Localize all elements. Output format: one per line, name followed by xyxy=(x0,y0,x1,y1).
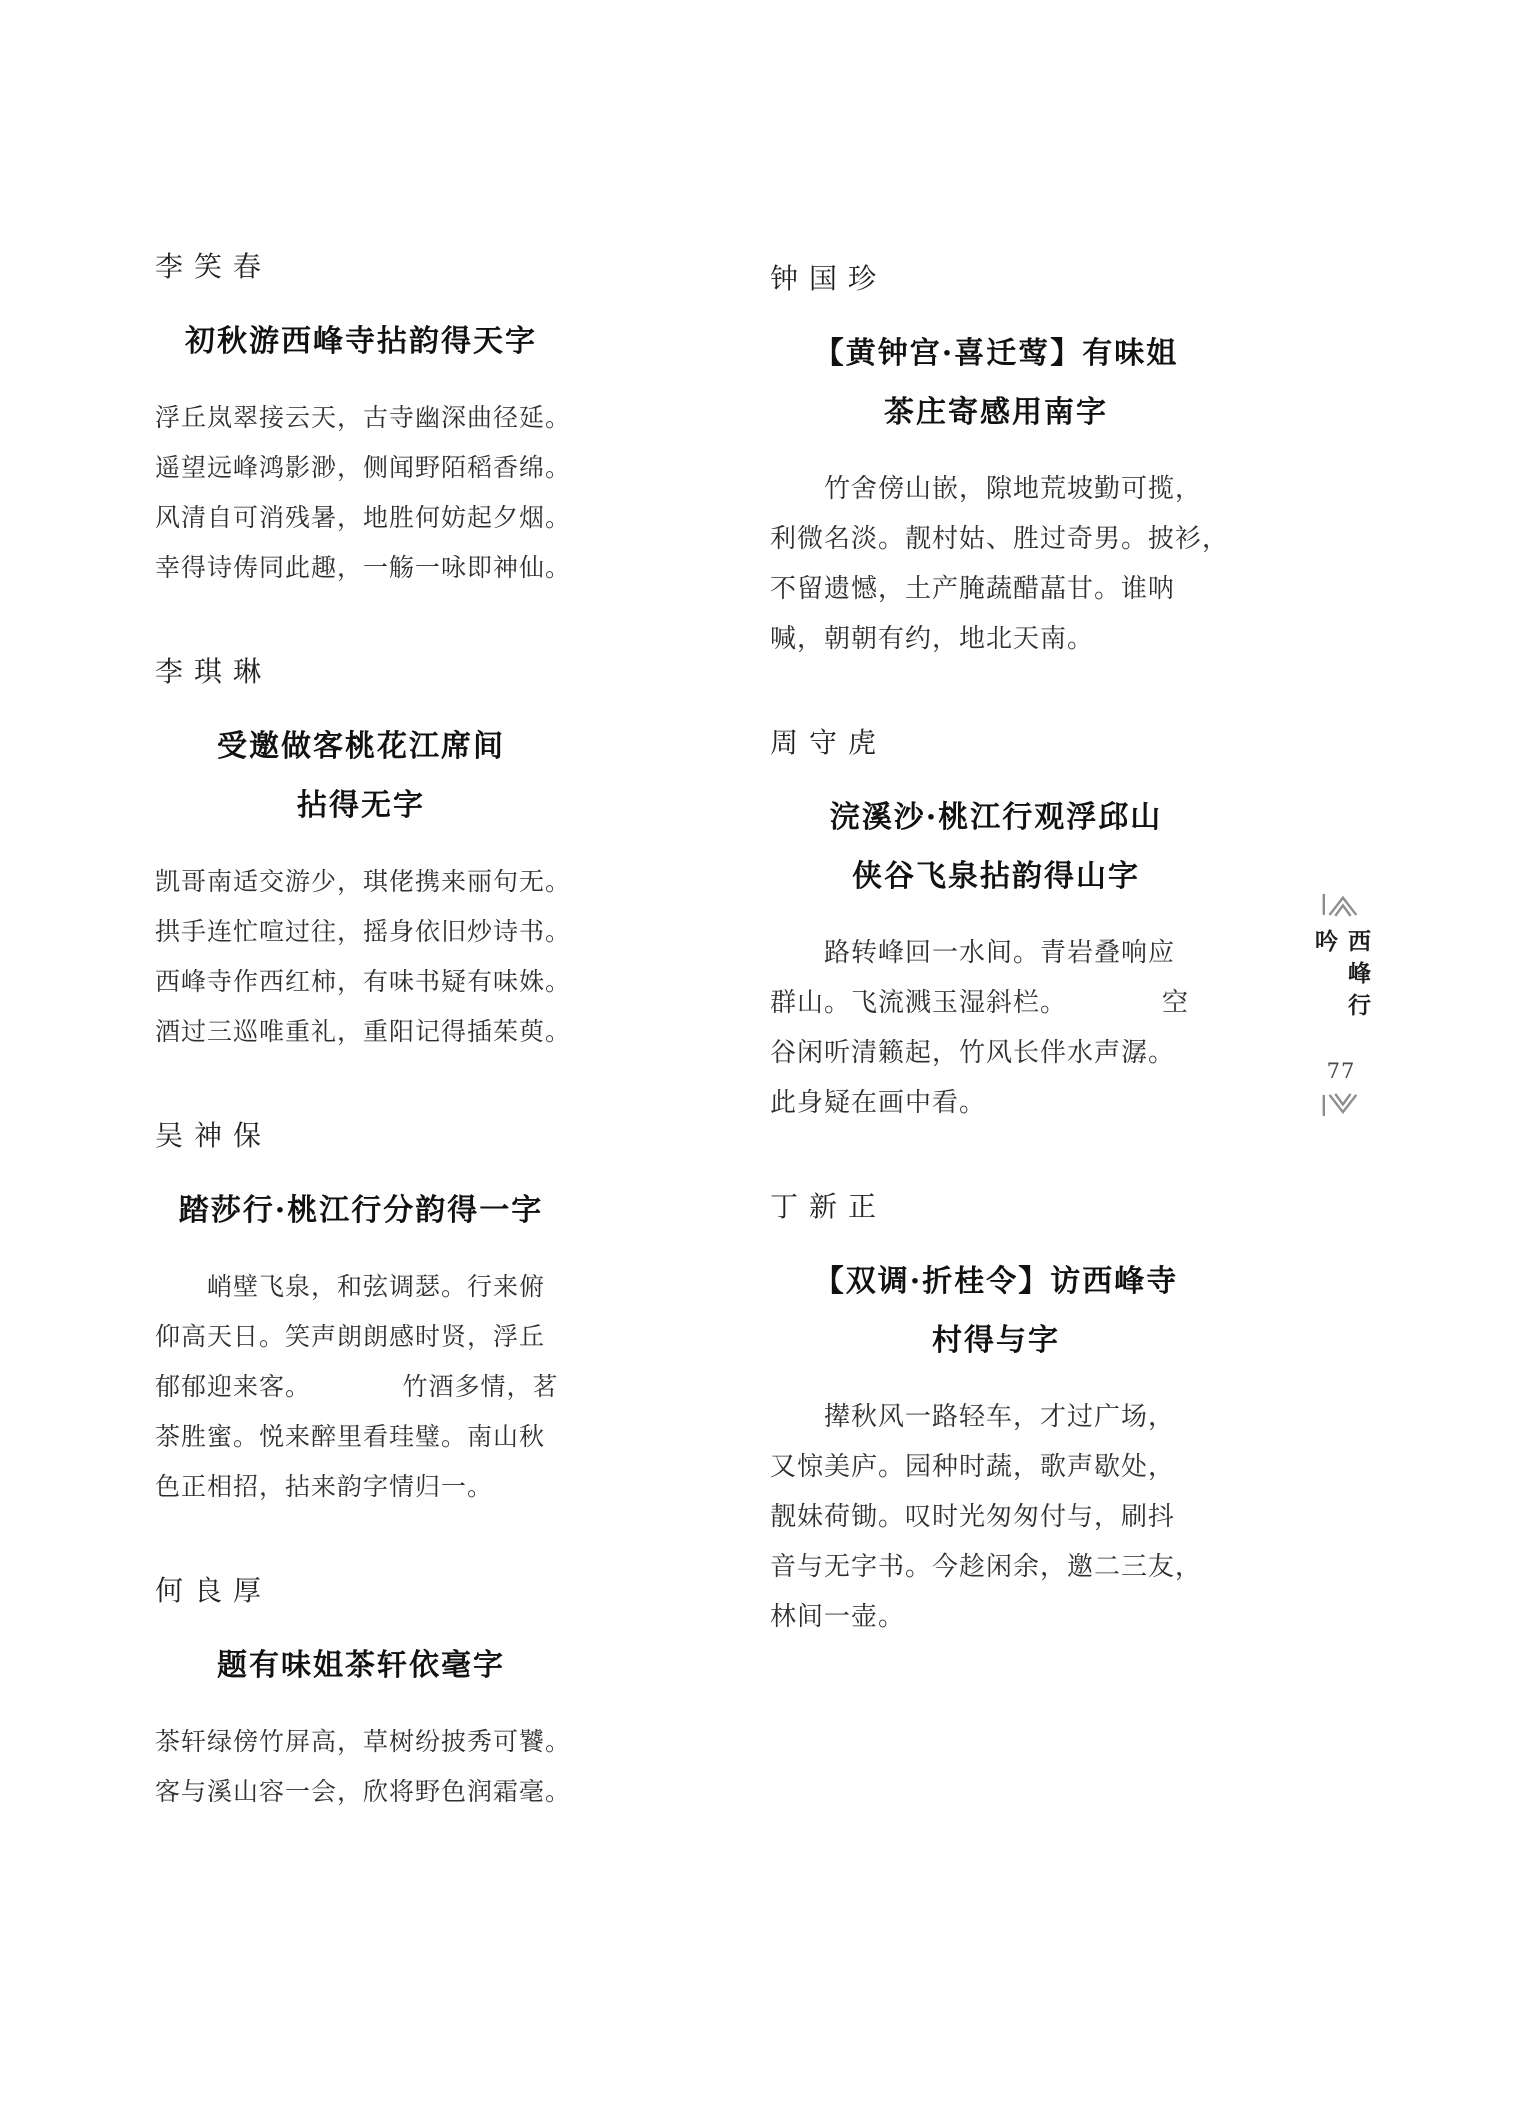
poem-title: 题有味姐茶轩依毫字 xyxy=(155,1636,567,1695)
poem-zhong-guozhen: 钟国珍 【黄钟宫·喜迁莺】有味姐 茶庄寄感用南字 竹舍傍山嵌，隙地荒坡勤可揽， … xyxy=(770,262,1222,664)
poem-author: 周守虎 xyxy=(770,726,1222,760)
verse-line: 遥望远峰鸿影渺，侧闻野陌稻香绵。 xyxy=(155,443,567,493)
bracket-ornament-top-icon xyxy=(1319,892,1363,917)
page-number: 77 xyxy=(1327,1059,1356,1083)
poem-author: 吴神保 xyxy=(155,1119,567,1153)
poem-body: 峭壁飞泉，和弦调瑟。行来俯 仰高天日。笑声朗朗感时贤，浮丘 郁郁迎来客。 竹酒多… xyxy=(155,1262,567,1512)
poem-title: 踏莎行·桃江行分韵得一字 xyxy=(155,1181,567,1240)
poem-body: 茶轩绿傍竹屏高，草树纷披秀可饕。 客与溪山容一会，欣将野色润霜毫。 xyxy=(155,1717,567,1817)
verse-line: 谷闲听清籁起，竹风长伴水声潺。 xyxy=(770,1028,1222,1078)
verse-line: 风清自可消残暑，地胜何妨起夕烟。 xyxy=(155,493,567,543)
right-column: 钟国珍 【黄钟宫·喜迁莺】有味姐 茶庄寄感用南字 竹舍傍山嵌，隙地荒坡勤可揽， … xyxy=(770,262,1222,1704)
running-title: 西峰行吟 xyxy=(1308,929,1374,1051)
poem-title: 浣溪沙·桃江行观浮邱山 侠谷飞泉拈韵得山字 xyxy=(770,788,1222,906)
poem-body: 竹舍傍山嵌，隙地荒坡勤可揽， 利微名淡。靓村姑、胜过奇男。披衫， 不留遗憾，土产… xyxy=(770,464,1222,664)
verse-line: 群山。飞流溅玉湿斜栏。 空 xyxy=(770,978,1222,1028)
poem-body: 撵秋风一路轻车，才过广场， 又惊美庐。园种时蔬，歌声歇处， 靓妹荷锄。叹时光匆匆… xyxy=(770,1392,1222,1642)
verse-line: 郁郁迎来客。 竹酒多情，茗 xyxy=(155,1362,567,1412)
poem-title-line: 浣溪沙·桃江行观浮邱山 xyxy=(770,788,1222,847)
poem-title-line: 受邀做客桃花江席间 xyxy=(155,717,567,776)
book-page: 李笑春 初秋游西峰寺拈韵得天字 浮丘岚翠接云天，古寺幽深曲径延。 遥望远峰鸿影渺… xyxy=(0,0,1525,2115)
poem-title-line: 村得与字 xyxy=(770,1311,1222,1370)
poem-title-line: 拈得无字 xyxy=(155,776,567,835)
verse-line: 林间一壶。 xyxy=(770,1592,1222,1642)
poem-author: 何良厚 xyxy=(155,1574,567,1608)
verse-line: 利微名淡。靓村姑、胜过奇男。披衫， xyxy=(770,514,1222,564)
verse-line: 酒过三巡唯重礼，重阳记得插茱萸。 xyxy=(155,1007,567,1057)
verse-line: 客与溪山容一会，欣将野色润霜毫。 xyxy=(155,1767,567,1817)
verse-line: 西峰寺作西红柿，有味书疑有味姝。 xyxy=(155,957,567,1007)
poem-title: 初秋游西峰寺拈韵得天字 xyxy=(155,312,567,371)
verse-line: 仰高天日。笑声朗朗感时贤，浮丘 xyxy=(155,1312,567,1362)
verse-line: 靓妹荷锄。叹时光匆匆付与，刷抖 xyxy=(770,1492,1222,1542)
poem-zhou-shouhu: 周守虎 浣溪沙·桃江行观浮邱山 侠谷飞泉拈韵得山字 路转峰回一水间。青岩叠响应 … xyxy=(770,726,1222,1128)
verse-line: 不留遗憾，土产腌蔬醋蕌甘。谁呐 xyxy=(770,564,1222,614)
poem-title-line: 题有味姐茶轩依毫字 xyxy=(155,1636,567,1695)
poem-title: 受邀做客桃花江席间 拈得无字 xyxy=(155,717,567,835)
verse-line: 茶轩绿傍竹屏高，草树纷披秀可饕。 xyxy=(155,1717,567,1767)
verse-line: 色正相招，拈来韵字情归一。 xyxy=(155,1462,567,1512)
verse-line: 竹舍傍山嵌，隙地荒坡勤可揽， xyxy=(770,464,1222,514)
verse-line: 撵秋风一路轻车，才过广场， xyxy=(770,1392,1222,1442)
left-column: 李笑春 初秋游西峰寺拈韵得天字 浮丘岚翠接云天，古寺幽深曲径延。 遥望远峰鸿影渺… xyxy=(155,250,567,1879)
poem-author: 钟国珍 xyxy=(770,262,1222,296)
poem-title-line: 【双调·折桂令】访西峰寺 xyxy=(770,1252,1222,1311)
poem-body: 凯哥南适交游少，琪佬携来丽句无。 拱手连忙喧过往，摇身依旧炒诗书。 西峰寺作西红… xyxy=(155,857,567,1057)
poem-li-xiaochun: 李笑春 初秋游西峰寺拈韵得天字 浮丘岚翠接云天，古寺幽深曲径延。 遥望远峰鸿影渺… xyxy=(155,250,567,593)
poem-title: 【双调·折桂令】访西峰寺 村得与字 xyxy=(770,1252,1222,1370)
poem-title-line: 侠谷飞泉拈韵得山字 xyxy=(770,847,1222,906)
verse-line: 音与无字书。今趁闲余，邀二三友， xyxy=(770,1542,1222,1592)
sidebar-tab: 西峰行吟 77 xyxy=(1312,890,1370,1120)
verse-line: 喊，朝朝有约，地北天南。 xyxy=(770,614,1222,664)
bracket-ornament-bottom-icon xyxy=(1319,1093,1363,1118)
poem-title-line: 踏莎行·桃江行分韵得一字 xyxy=(155,1181,567,1240)
verse-line: 浮丘岚翠接云天，古寺幽深曲径延。 xyxy=(155,393,567,443)
poem-title-line: 【黄钟宫·喜迁莺】有味姐 xyxy=(770,324,1222,383)
poem-title-line: 茶庄寄感用南字 xyxy=(770,383,1222,442)
poem-title-line: 初秋游西峰寺拈韵得天字 xyxy=(155,312,567,371)
poem-ding-xinzheng: 丁新正 【双调·折桂令】访西峰寺 村得与字 撵秋风一路轻车，才过广场， 又惊美庐… xyxy=(770,1190,1222,1642)
verse-line: 又惊美庐。园种时蔬，歌声歇处， xyxy=(770,1442,1222,1492)
verse-line: 峭壁飞泉，和弦调瑟。行来俯 xyxy=(155,1262,567,1312)
verse-line: 茶胜蜜。悦来醉里看珪璧。南山秋 xyxy=(155,1412,567,1462)
verse-line: 幸得诗俦同此趣，一觞一咏即神仙。 xyxy=(155,543,567,593)
verse-line: 凯哥南适交游少，琪佬携来丽句无。 xyxy=(155,857,567,907)
poem-author: 李笑春 xyxy=(155,250,567,284)
poem-wu-shenbao: 吴神保 踏莎行·桃江行分韵得一字 峭壁飞泉，和弦调瑟。行来俯 仰高天日。笑声朗朗… xyxy=(155,1119,567,1512)
poem-body: 路转峰回一水间。青岩叠响应 群山。飞流溅玉湿斜栏。 空 谷闲听清籁起，竹风长伴水… xyxy=(770,928,1222,1128)
poem-author: 丁新正 xyxy=(770,1190,1222,1224)
verse-line: 此身疑在画中看。 xyxy=(770,1078,1222,1128)
poem-title: 【黄钟宫·喜迁莺】有味姐 茶庄寄感用南字 xyxy=(770,324,1222,442)
verse-line: 路转峰回一水间。青岩叠响应 xyxy=(770,928,1222,978)
poem-body: 浮丘岚翠接云天，古寺幽深曲径延。 遥望远峰鸿影渺，侧闻野陌稻香绵。 风清自可消残… xyxy=(155,393,567,593)
verse-line: 拱手连忙喧过往，摇身依旧炒诗书。 xyxy=(155,907,567,957)
poem-he-lianghou: 何良厚 题有味姐茶轩依毫字 茶轩绿傍竹屏高，草树纷披秀可饕。 客与溪山容一会，欣… xyxy=(155,1574,567,1817)
poem-li-qilin: 李琪琳 受邀做客桃花江席间 拈得无字 凯哥南适交游少，琪佬携来丽句无。 拱手连忙… xyxy=(155,655,567,1057)
poem-author: 李琪琳 xyxy=(155,655,567,689)
